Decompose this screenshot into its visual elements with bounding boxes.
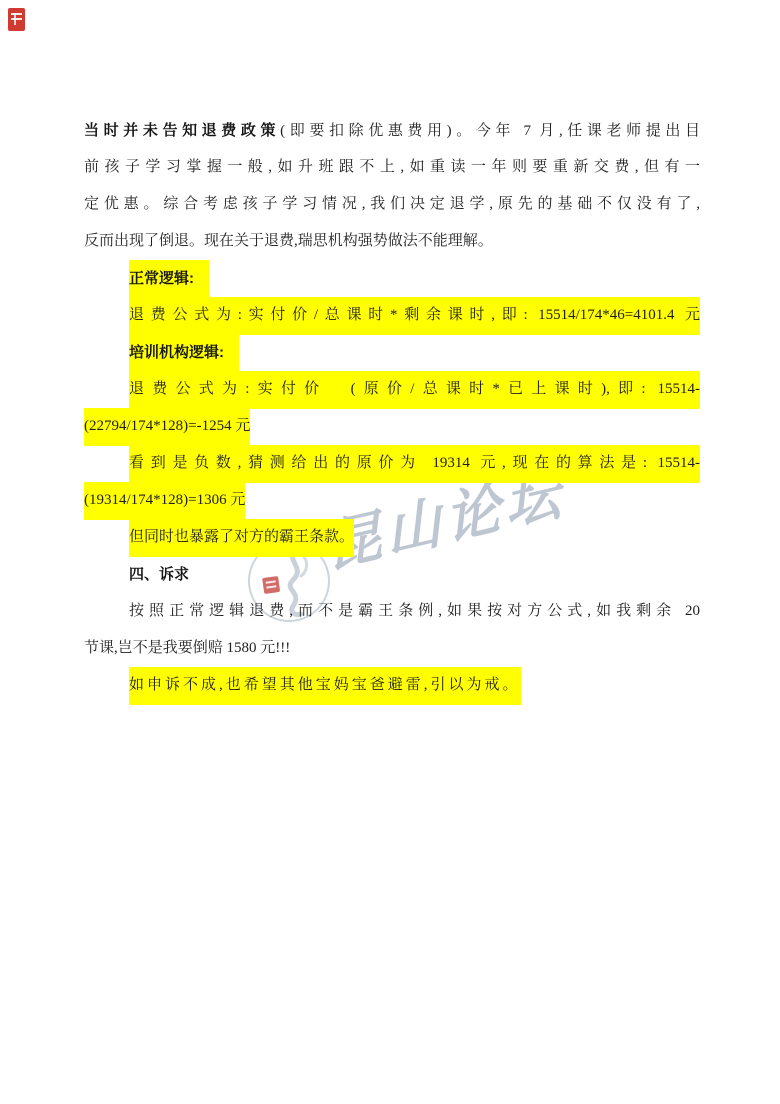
- text-run: 前孩子学习掌握一般,如升班跟不上,如重读一年则要重新交费,但有一: [84, 159, 700, 175]
- highlighted-text: 看到是负数,猜测给出的原价为 19314 元,现在的算法是: 15514-: [129, 445, 700, 483]
- text-run: 按照正常逻辑退费,而不是霸王条例,如果按对方公式,如我剩余 20: [129, 603, 700, 619]
- text-line: 退费公式为:实付价 (原价/总课时*已上课时),即: 15514-: [84, 371, 700, 408]
- text-line: 前孩子学习掌握一般,如升班跟不上,如重读一年则要重新交费,但有一: [84, 149, 700, 186]
- document-content: 当时并未告知退费政策(即要扣除优惠费用)。今年 7 月,任课老师提出目前孩子学习…: [84, 112, 700, 704]
- text-line: 退费公式为:实付价/总课时*剩余课时,即: 15514/174*46=4101.…: [84, 297, 700, 334]
- text-run: 四、诉求: [129, 566, 189, 583]
- highlighted-text: 如申诉不成,也希望其他宝妈宝爸避雷,引以为戒。: [129, 667, 521, 705]
- highlighted-text: (22794/174*128)=-1254 元: [84, 408, 250, 446]
- text-line: 看到是负数,猜测给出的原价为 19314 元,现在的算法是: 15514-: [84, 445, 700, 482]
- text-line: 正常逻辑:: [84, 260, 700, 297]
- text-run: 反而出现了倒退。现在关于退费,瑞思机构强势做法不能理解。: [84, 233, 493, 249]
- text-line: 如申诉不成,也希望其他宝妈宝爸避雷,引以为戒。: [84, 667, 700, 704]
- text-line: 培训机构逻辑:: [84, 334, 700, 371]
- highlighted-text: 正常逻辑:: [129, 260, 209, 299]
- text-line: (19314/174*128)=1306 元: [84, 482, 700, 519]
- text-line: 但同时也暴露了对方的霸王条款。: [84, 519, 700, 556]
- text-line: 反而出现了倒退。现在关于退费,瑞思机构强势做法不能理解。: [84, 223, 700, 260]
- red-seal-mark: [6, 6, 28, 34]
- document-page: 昆山论坛 当时并未告知退费政策(即要扣除优惠费用)。今年 7 月,任课老师提出目…: [0, 0, 780, 1104]
- text-run: 定优惠。综合考虑孩子学习情况,我们决定退学,原先的基础不仅没有了,: [84, 196, 700, 212]
- text-run: (即要扣除优惠费用)。今年 7 月,任课老师提出目: [280, 123, 700, 139]
- text-line: 节课,岂不是我要倒赔 1580 元!!!: [84, 630, 700, 667]
- highlighted-text: 退费公式为:实付价 (原价/总课时*已上课时),即: 15514-: [129, 371, 700, 409]
- highlighted-text: 但同时也暴露了对方的霸王条款。: [129, 519, 354, 557]
- text-line: 四、诉求: [84, 556, 700, 593]
- highlighted-text: 培训机构逻辑:: [129, 334, 239, 373]
- text-line: (22794/174*128)=-1254 元: [84, 408, 700, 445]
- highlighted-text: (19314/174*128)=1306 元: [84, 482, 245, 520]
- text-line: 定优惠。综合考虑孩子学习情况,我们决定退学,原先的基础不仅没有了,: [84, 186, 700, 223]
- text-line: 按照正常逻辑退费,而不是霸王条例,如果按对方公式,如我剩余 20: [84, 593, 700, 630]
- text-run: 当时并未告知退费政策: [84, 122, 280, 139]
- text-line: 当时并未告知退费政策(即要扣除优惠费用)。今年 7 月,任课老师提出目: [84, 112, 700, 149]
- text-run: 节课,岂不是我要倒赔 1580 元!!!: [84, 640, 290, 656]
- highlighted-text: 退费公式为:实付价/总课时*剩余课时,即: 15514/174*46=4101.…: [129, 297, 700, 335]
